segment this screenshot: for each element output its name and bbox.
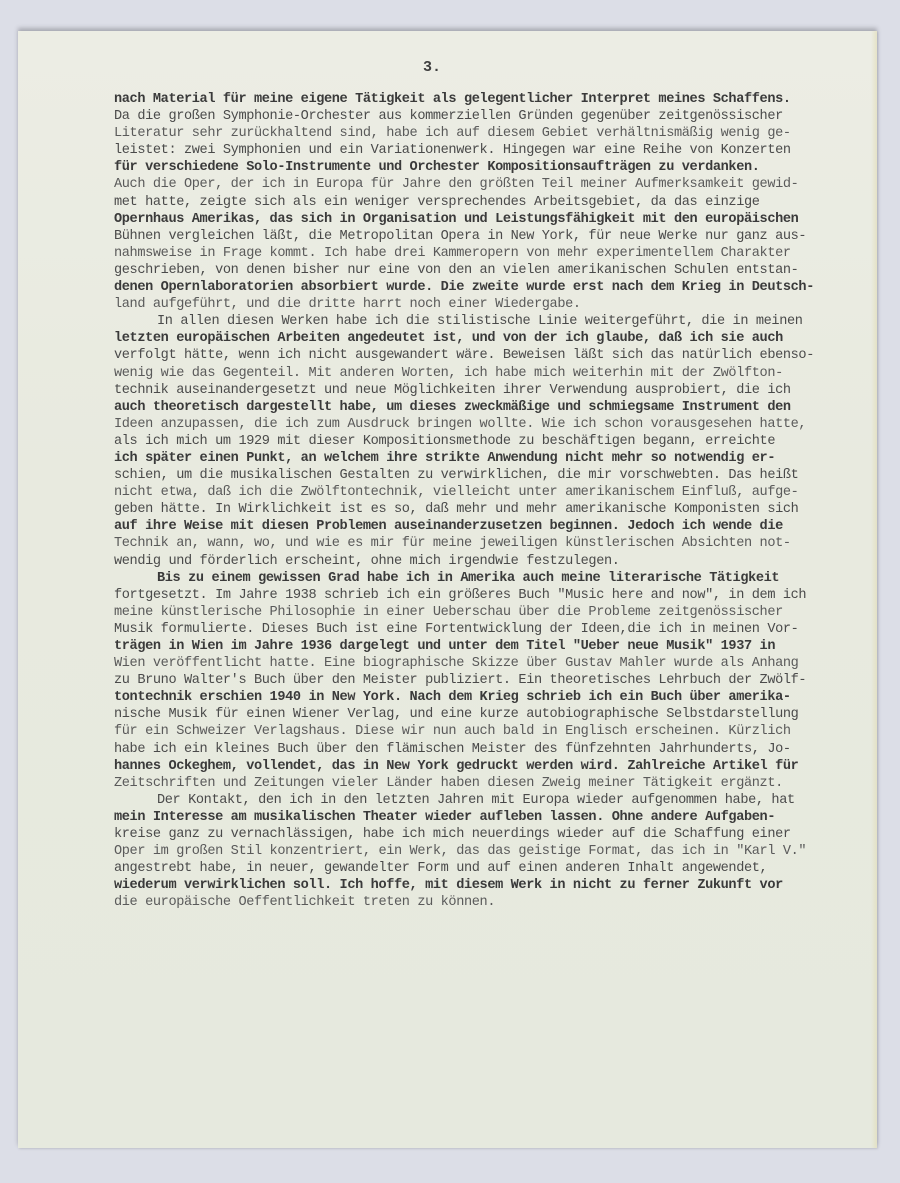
text-line: schien, um die musikalischen Gestalten z… (114, 467, 874, 484)
text-line: für ein Schweizer Verlagshaus. Diese wir… (114, 723, 874, 740)
text-line: geschrieben, von denen bisher nur eine v… (114, 262, 874, 279)
text-line: für verschiedene Solo-Instrumente und Or… (114, 159, 874, 176)
text-line: Wien veröffentlicht hatte. Eine biograph… (114, 655, 874, 672)
text-line: nahmsweise in Frage kommt. Ich habe drei… (114, 245, 874, 262)
text-line: Auch die Oper, der ich in Europa für Jah… (114, 176, 874, 193)
text-line: habe ich ein kleines Buch über den flämi… (114, 741, 874, 758)
text-line: auf ihre Weise mit diesen Problemen ause… (114, 518, 874, 535)
text-line: In allen diesen Werken habe ich die stil… (114, 313, 874, 330)
text-line: zu Bruno Walter's Buch über den Meister … (114, 672, 874, 689)
text-line: wendig und förderlich erscheint, ohne mi… (114, 553, 874, 570)
text-line: nische Musik für einen Wiener Verlag, un… (114, 706, 874, 723)
text-line: Der Kontakt, den ich in den letzten Jahr… (114, 792, 874, 809)
text-line: met hatte, zeigte sich als ein weniger v… (114, 194, 874, 211)
text-line: denen Opernlaboratorien absorbiert wurde… (114, 279, 874, 296)
text-line: wenig wie das Gegenteil. Mit anderen Wor… (114, 365, 874, 382)
text-line: nicht etwa, daß ich die Zwölftontechnik,… (114, 484, 874, 501)
text-line: mein Interesse am musikalischen Theater … (114, 809, 874, 826)
text-line: angestrebt habe, in neuer, gewandelter F… (114, 860, 874, 877)
text-line: Oper im großen Stil konzentriert, ein We… (114, 843, 874, 860)
paragraph: nach Material für meine eigene Tätigkeit… (114, 91, 874, 313)
text-line: tontechnik erschien 1940 in New York. Na… (114, 689, 874, 706)
text-line: Technik an, wann, wo, und wie es mir für… (114, 535, 874, 552)
text-line: Da die großen Symphonie-Orchester aus ko… (114, 108, 874, 125)
body-text: nach Material für meine eigene Tätigkeit… (114, 91, 874, 912)
text-line: Musik formulierte. Dieses Buch ist eine … (114, 621, 874, 638)
text-line: ich später einen Punkt, an welchem ihre … (114, 450, 874, 467)
text-line: die europäische Oeffentlichkeit treten z… (114, 894, 874, 911)
text-line: Bis zu einem gewissen Grad habe ich in A… (114, 570, 874, 587)
paragraph: Bis zu einem gewissen Grad habe ich in A… (114, 570, 874, 792)
text-line: verfolgt hätte, wenn ich nicht ausgewand… (114, 347, 874, 364)
text-line: Bühnen vergleichen läßt, die Metropolita… (114, 228, 874, 245)
paragraph: Der Kontakt, den ich in den letzten Jahr… (114, 792, 874, 912)
text-line: letzten europäischen Arbeiten angedeutet… (114, 330, 874, 347)
text-line: meine künstlerische Philosophie in einer… (114, 604, 874, 621)
text-line: trägen in Wien im Jahre 1936 dargelegt u… (114, 638, 874, 655)
text-line: Opernhaus Amerikas, das sich in Organisa… (114, 211, 874, 228)
typewritten-page: 3. nach Material für meine eigene Tätigk… (18, 31, 877, 1148)
text-line: land aufgeführt, und die dritte harrt no… (114, 296, 874, 313)
paragraph: In allen diesen Werken habe ich die stil… (114, 313, 874, 569)
text-line: technik auseinandergesetzt und neue Mögl… (114, 382, 874, 399)
text-line: leistet: zwei Symphonien und ein Variati… (114, 142, 874, 159)
text-line: Literatur sehr zurückhaltend sind, habe … (114, 125, 874, 142)
text-line: auch theoretisch dargestellt habe, um di… (114, 399, 874, 416)
text-line: wiederum verwirklichen soll. Ich hoffe, … (114, 877, 874, 894)
text-line: fortgesetzt. Im Jahre 1938 schrieb ich e… (114, 587, 874, 604)
text-line: als ich mich um 1929 mit dieser Komposit… (114, 433, 874, 450)
page-number: 3. (423, 59, 441, 76)
text-line: nach Material für meine eigene Tätigkeit… (114, 91, 874, 108)
text-line: Ideen anzupassen, die ich zum Ausdruck b… (114, 416, 874, 433)
text-line: kreise ganz zu vernachlässigen, habe ich… (114, 826, 874, 843)
text-line: hannes Ockeghem, vollendet, das in New Y… (114, 758, 874, 775)
text-line: geben hätte. In Wirklichkeit ist es so, … (114, 501, 874, 518)
text-line: Zeitschriften und Zeitungen vieler Lände… (114, 775, 874, 792)
